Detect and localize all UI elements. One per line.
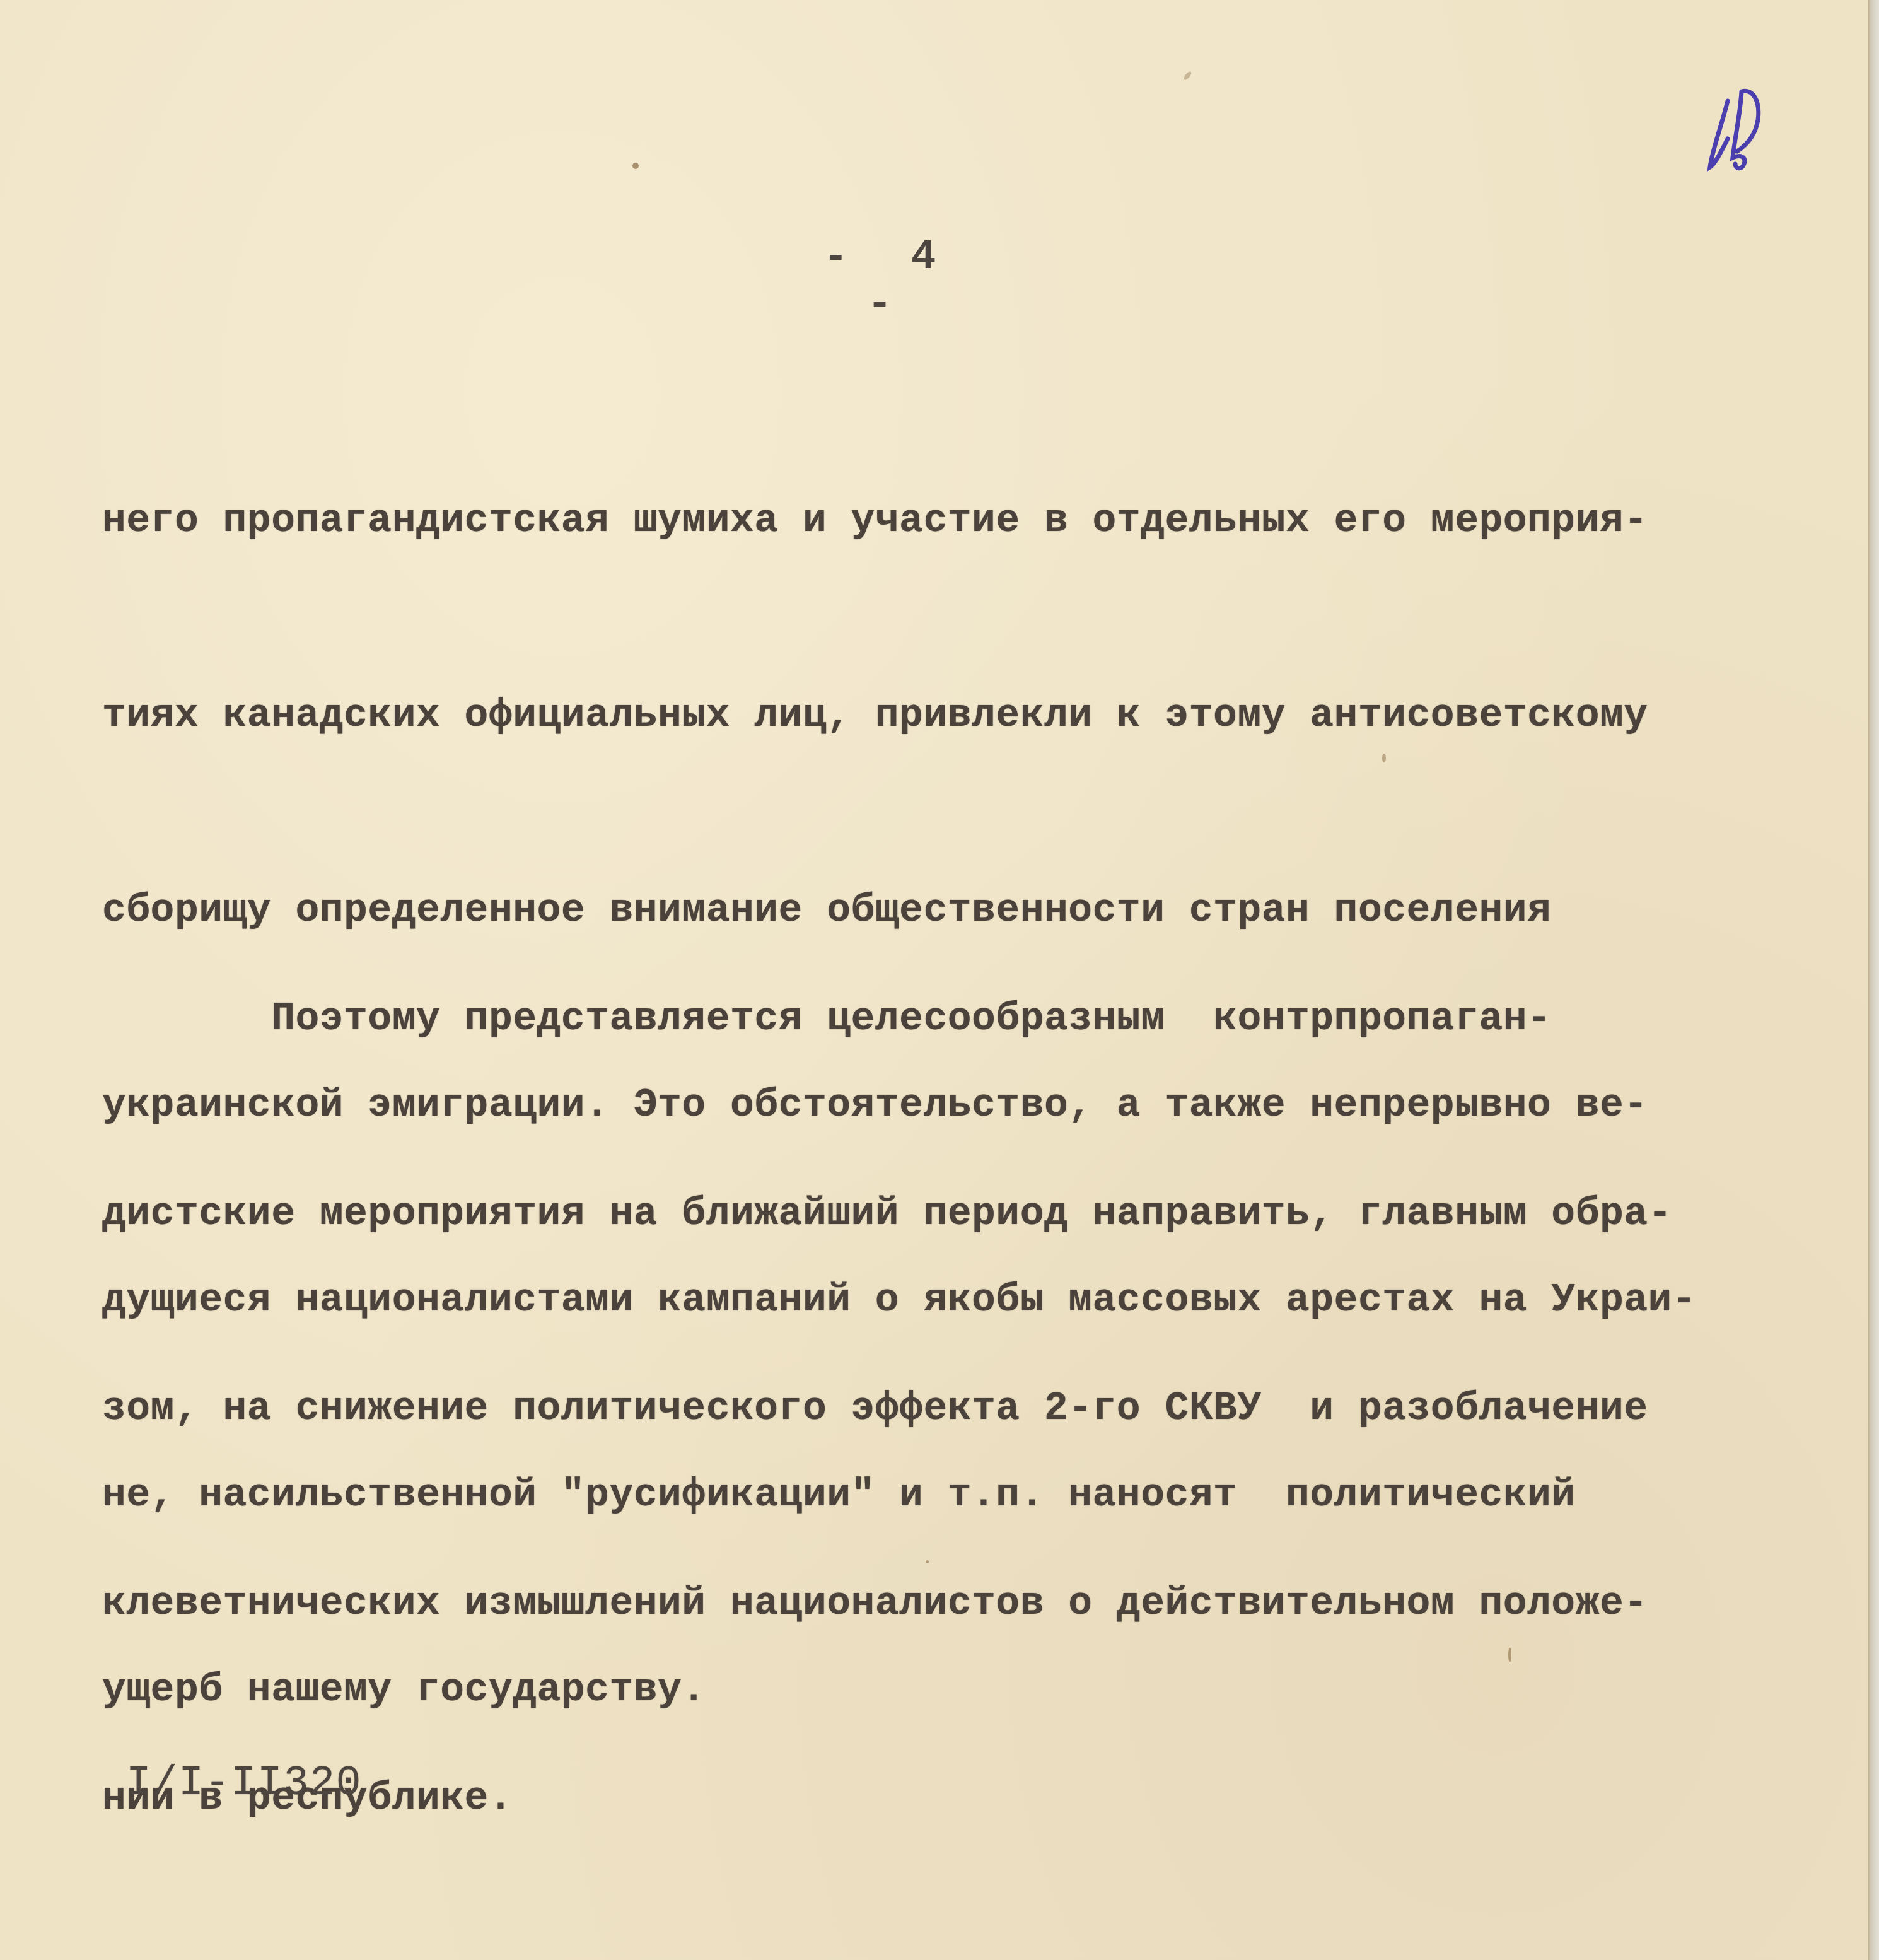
- text-line: нии в республике.: [102, 1766, 1842, 1831]
- text-line: дистские мероприятия на ближайший период…: [102, 1181, 1842, 1246]
- page-number: - 4 -: [782, 233, 996, 328]
- page-edge: [1868, 0, 1879, 1960]
- text-line: зом, на снижение политического эффекта 2…: [102, 1376, 1842, 1441]
- text-line: него пропагандистская шумиха и участие в…: [102, 488, 1842, 553]
- document-reference-number: I/I-II320: [126, 1759, 362, 1807]
- text-line: Поэтому представляется целесообразным ко…: [102, 986, 1842, 1051]
- text-line: клеветнических измышлений националистов …: [102, 1571, 1842, 1636]
- paragraph-2: Поэтому представляется целесообразным ко…: [102, 856, 1842, 1896]
- text-line: тиях канадских официальных лиц, привлекл…: [102, 683, 1842, 748]
- handwritten-folio-number: 18: [1702, 76, 1778, 183]
- paper-speck: [632, 163, 639, 169]
- handwritten-18-icon: 18: [1702, 76, 1778, 183]
